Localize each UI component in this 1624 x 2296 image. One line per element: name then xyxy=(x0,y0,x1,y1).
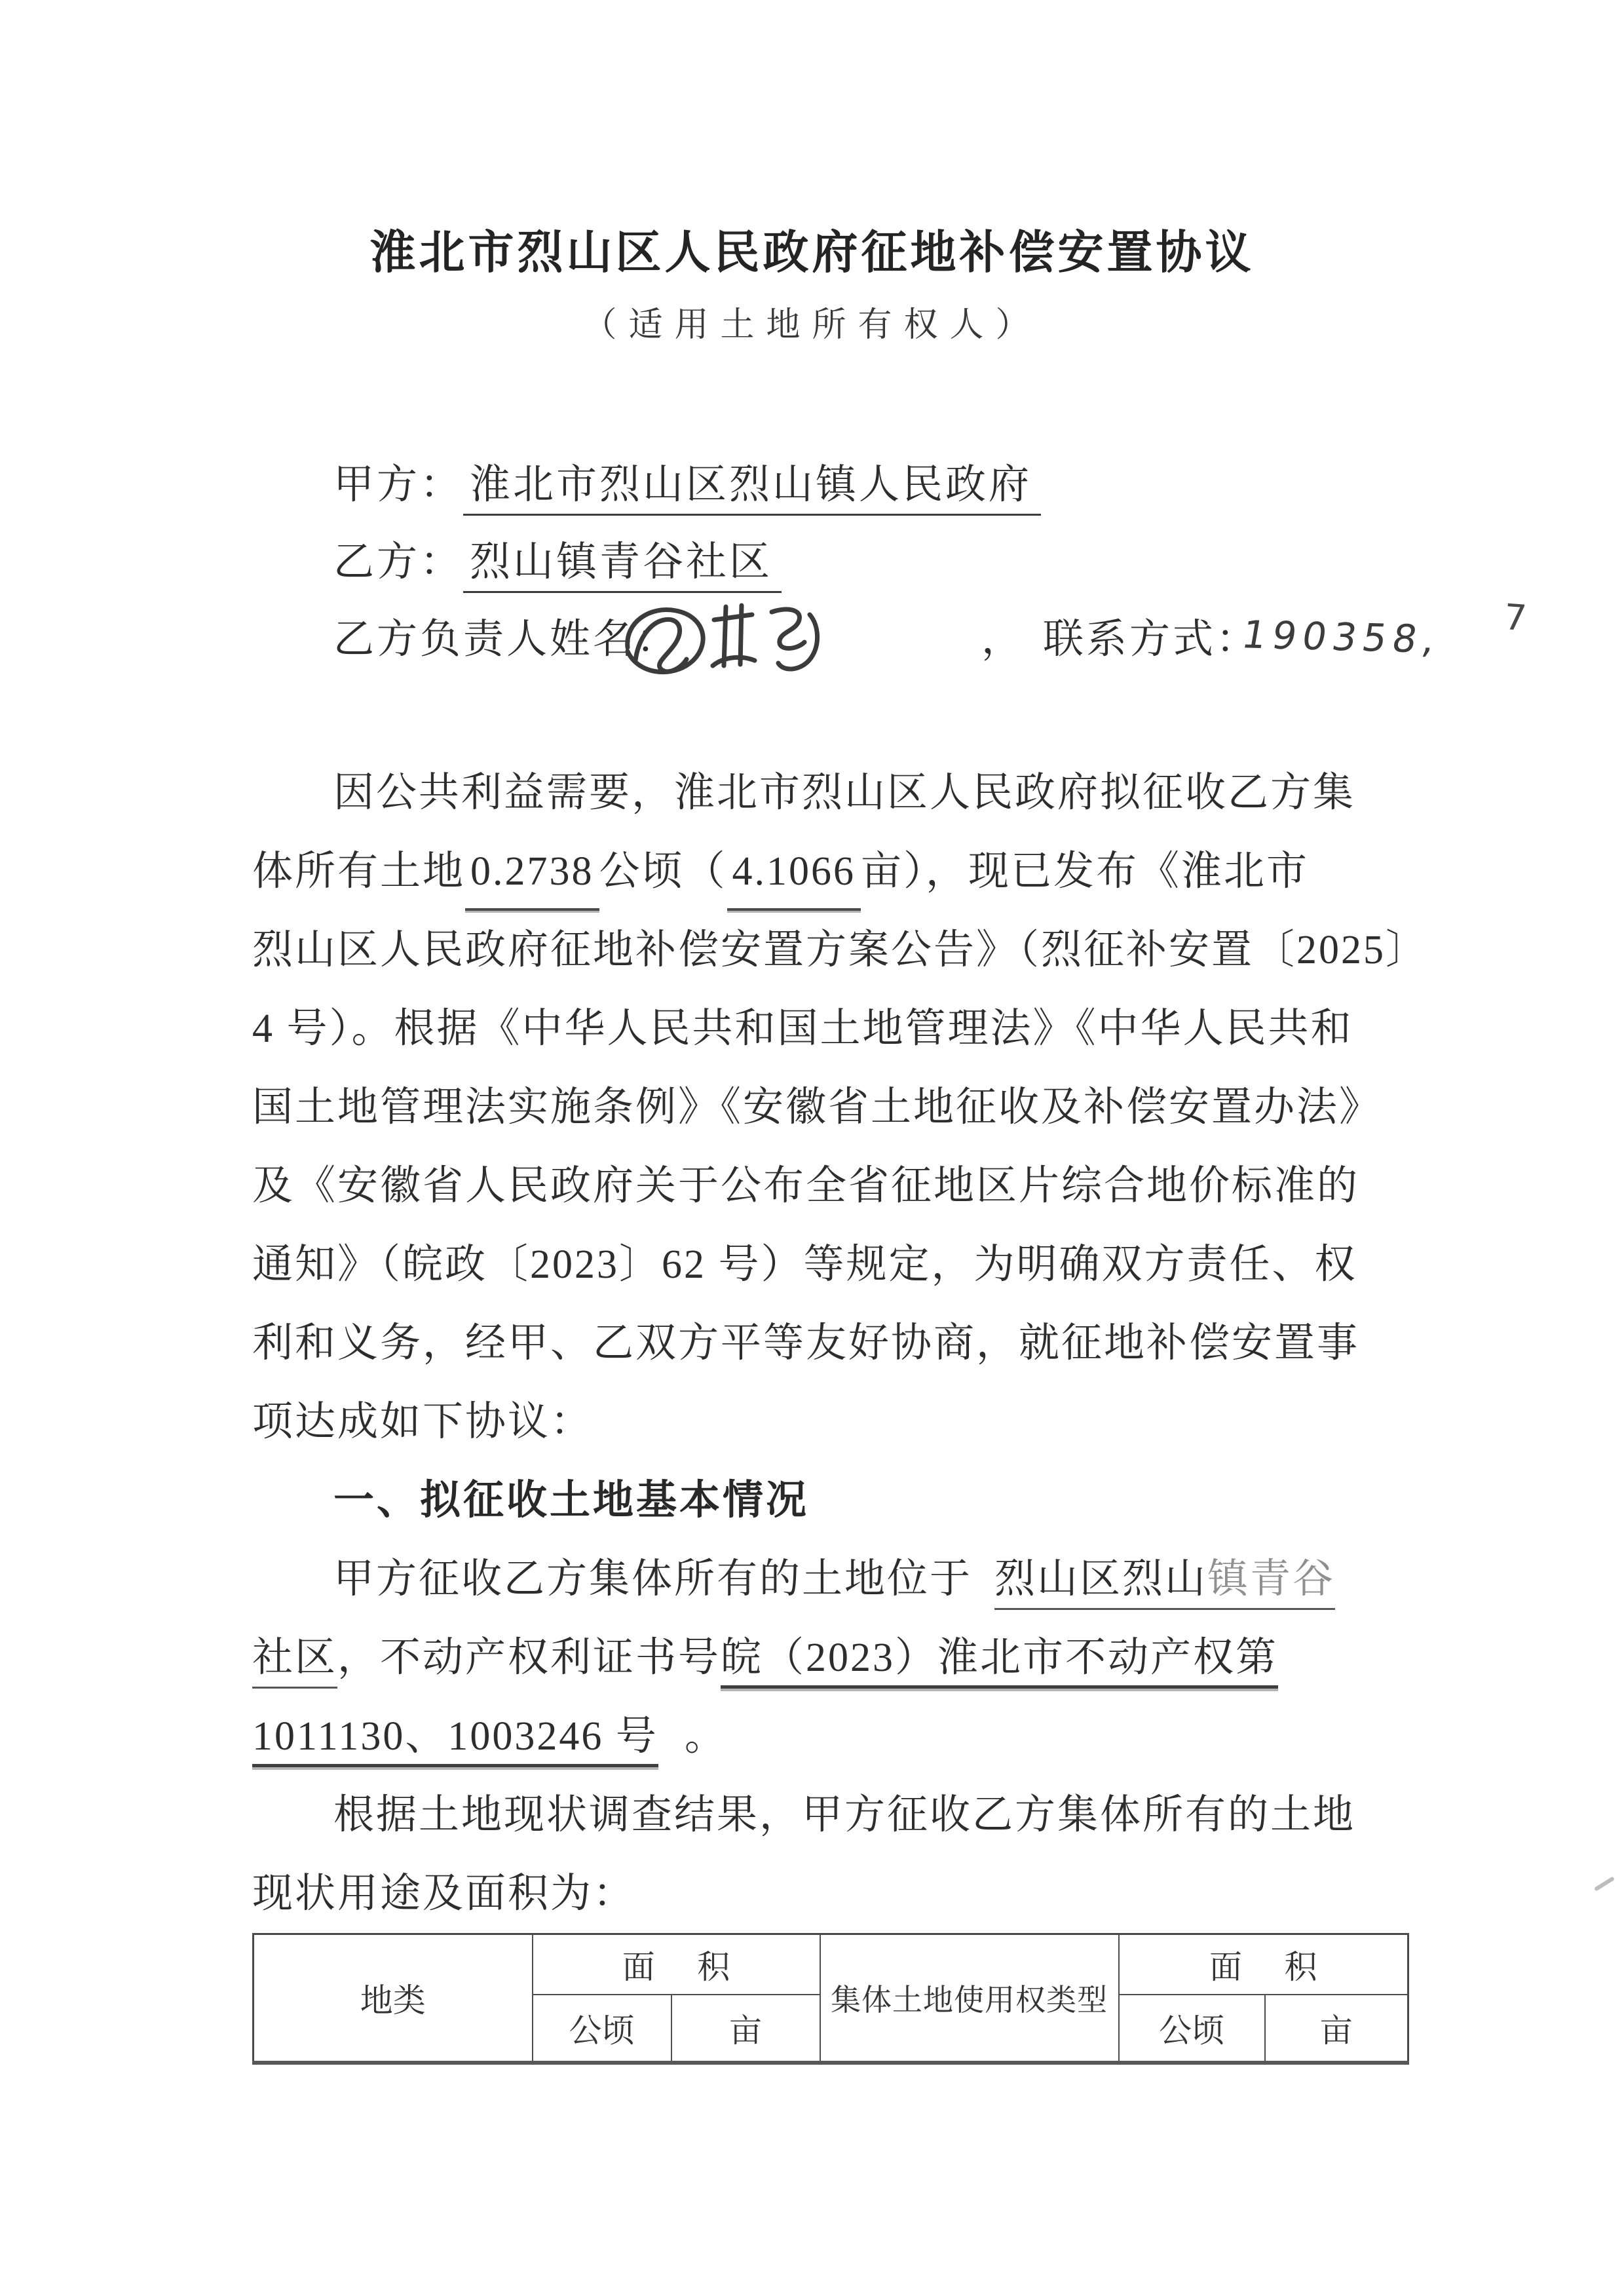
table-subheader-mu-right: 亩 xyxy=(1265,1995,1408,2063)
body-line-1: 因公共利益需要，淮北市烈山区人民政府拟征收乙方集 xyxy=(252,760,1355,826)
body-line-7: 通知》（皖政〔2023〕62 号）等规定，为明确双方责任、权 xyxy=(252,1232,1357,1297)
body-line-2: 体所有土地0.2738公顷（4.1066亩），现已发布《淮北市 xyxy=(252,839,1309,904)
scanned-agreement-page: 淮北市烈山区人民政府征地补偿安置协议 （适用土地所有权人） 甲方：淮北市烈山区烈… xyxy=(0,0,1624,2296)
body-line-14: 根据土地现状调查结果，甲方征收乙方集体所有的土地 xyxy=(252,1782,1355,1848)
party-a-value: 淮北市烈山区烈山镇人民政府 xyxy=(463,463,1041,516)
area-hectare-value: 0.2738 xyxy=(465,839,599,911)
party-a-line: 甲方：淮北市烈山区烈山镇人民政府 xyxy=(333,452,1041,518)
body-line-5: 国土地管理法实施条例》《安徽省土地征收及补偿安置办法》 xyxy=(252,1075,1382,1140)
table-header-land-type: 地类 xyxy=(254,1934,533,2063)
body-line-6: 及《安徽省人民政府关于公布全省征地区片综合地价标准的 xyxy=(252,1153,1359,1219)
section-heading-1: 一、拟征收土地基本情况 xyxy=(333,1468,809,1533)
separator-comma: ， xyxy=(981,607,1022,672)
sentence-period: 。 xyxy=(685,1714,727,1759)
certificate-number-part1: 皖（2023）淮北市不动产权第 xyxy=(721,1636,1278,1689)
land-info-table: 地类 面 积 集体土地使用权类型 面 积 公顷 亩 公顷 亩 xyxy=(252,1933,1409,2065)
body-line-12: 社区，不动产权利证书号皖（2023）淮北市不动产权第 xyxy=(252,1625,1278,1691)
document-subtitle: （适用土地所有权人） xyxy=(0,298,1624,353)
table-header-area-left: 面 积 xyxy=(533,1934,820,1995)
scan-artifact xyxy=(1594,1876,1615,1891)
location-sentence: 甲方征收乙方集体所有的土地位于 xyxy=(333,1557,972,1601)
handwritten-signature xyxy=(616,582,852,713)
document-title: 淮北市烈山区人民政府征地补偿安置协议 xyxy=(0,216,1624,288)
location-value-faded: 镇青谷 xyxy=(1207,1557,1335,1601)
table-subheader-mu-left: 亩 xyxy=(671,1995,820,2063)
location-value-continued: 社区 xyxy=(252,1636,337,1689)
party-b-label: 乙方： xyxy=(333,540,463,584)
body-line-11: 甲方征收乙方集体所有的土地位于烈山区烈山镇青谷 xyxy=(252,1546,1335,1612)
body-line-2-pre: 体所有土地 xyxy=(252,849,465,894)
body-line-4: 4 号）。根据《中华人民共和国土地管理法》《中华人民共和 xyxy=(252,996,1353,1062)
handwritten-contact-number: 190358, xyxy=(1237,602,1446,672)
body-line-8: 利和义务，经甲、乙双方平等友好协商，就征地补偿安置事 xyxy=(252,1311,1359,1376)
certificate-number-part2: 1011130、1003246 号 xyxy=(252,1714,658,1767)
location-value-underlined: 烈山区烈山镇青谷 xyxy=(994,1557,1335,1610)
body-line-13: 1011130、1003246 号。 xyxy=(252,1704,727,1769)
body-line-15: 现状用途及面积为： xyxy=(252,1861,635,1926)
party-a-label: 甲方： xyxy=(333,463,463,507)
table-header-use-right-type: 集体土地使用权类型 xyxy=(820,1934,1119,2063)
table-subheader-hectare-right: 公顷 xyxy=(1119,1995,1265,2063)
certificate-sentence: ，不动产权利证书号 xyxy=(337,1636,721,1680)
area-mu-value: 4.1066 xyxy=(727,839,861,911)
contact-label: 联系方式： xyxy=(1043,607,1259,672)
body-line-2-post: 亩），现已发布《淮北市 xyxy=(861,849,1309,894)
table-header-area-right: 面 积 xyxy=(1119,1934,1408,1995)
table-subheader-hectare-left: 公顷 xyxy=(533,1995,671,2063)
body-line-2-mid: 公顷（ xyxy=(599,849,727,894)
body-line-9: 项达成如下协议： xyxy=(252,1389,593,1455)
body-line-3: 烈山区人民政府征地补偿安置方案公告》（烈征补安置〔2025〕 xyxy=(252,917,1428,983)
handwritten-extra-mark: 7 xyxy=(1502,588,1529,648)
